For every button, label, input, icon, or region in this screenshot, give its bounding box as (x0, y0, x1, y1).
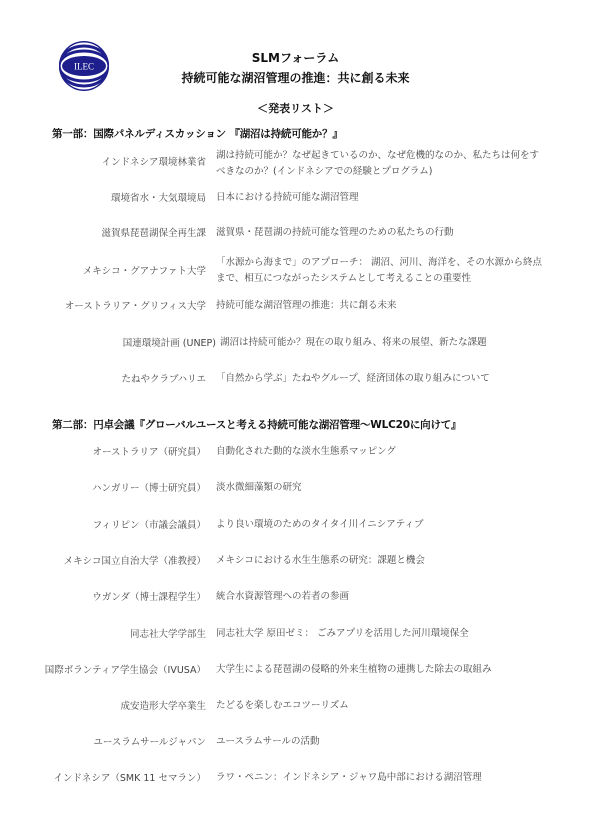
forum-title: SLMフォーラム (0, 49, 591, 66)
presenter-org: 滋賀県琵琶湖保全再生課 (101, 225, 206, 239)
presentation-topic: 滋賀県・琵琶湖の持続可能な管理のための私たちの行動 (216, 225, 546, 241)
forum-subtitle: 持続可能な湖沼管理の推進：共に創る未来 (0, 69, 591, 86)
presenter-org: インドネシア環境林業省 (102, 154, 206, 168)
presentation-topic: 日本における持続可能な湖沼管理 (216, 190, 546, 206)
part2-heading: 第二部：円卓会議『グローバルユースと考える持続可能な湖沼管理〜WLC20に向けて… (52, 417, 461, 432)
presentation-topic: 自動化された動的な淡水生態系マッピング (216, 444, 546, 460)
presenter-org: たねやクラブハリエ (121, 371, 206, 385)
presentation-topic: 湖は持続可能か？なぜ起きているのか、なぜ危機的なのか、私たちは何をすべきなのか？… (216, 148, 546, 180)
presentation-topic: 持続可能な湖沼管理の推進：共に創る未来 (216, 298, 546, 314)
presenter-org: 成安造形大学卒業生 (120, 698, 206, 712)
presentation-topic: より良い環境のためのタイタイ川イニシアティブ (216, 517, 546, 533)
presentation-topic: 同志社大学 原田ゼミ： ごみアプリを活用した河川環境保全 (216, 626, 546, 642)
presentation-topic: 統合水資源管理への若者の参画 (216, 589, 546, 605)
presenter-org: メキシコ・グアナファト大学 (83, 263, 206, 277)
presentation-topic: たどるを楽しむエコツーリズム (216, 698, 546, 714)
presenter-org: 同志社大学学部生 (130, 626, 206, 640)
presenter-org: ウガンダ（博士課程学生） (92, 589, 206, 603)
presentation-topic: 大学生による琵琶湖の侵略的外来生植物の連携した除去の取組み (216, 662, 546, 678)
presentation-topic: 淡水微細藻類の研究 (216, 480, 546, 496)
presenter-org: ユースラムサールジャパン (93, 734, 206, 748)
presenter-org: 国際ボランティア学生協会（IVUSA） (45, 662, 206, 676)
presentation-topic: メキシコにおける水生生態系の研究：課題と機会 (216, 553, 546, 569)
presentation-topic: ラワ・ペニン：インドネシア・ジャワ島中部における湖沼管理 (216, 770, 546, 786)
presenter-org: 国連環境計画 (UNEP) (123, 335, 216, 349)
list-heading: ＜発表リスト＞ (0, 100, 591, 116)
part1-heading: 第一部：国際パネルディスカッション 『湖沼は持続可能か？』 (52, 126, 343, 141)
presentation-topic: ユースラムサールの活動 (216, 734, 546, 750)
presentation-topic: 「自然から学ぶ」たねやグループ、経済団体の取り組みについて (216, 371, 546, 387)
presenter-org: メキシコ国立自治大学（准教授） (64, 553, 206, 567)
presenter-org: ハンガリー（博士研究員） (92, 480, 206, 494)
presenter-org: オーストラリア（研究員） (92, 444, 206, 458)
presenter-org: フィリピン（市議会議員） (93, 517, 206, 531)
presenter-org: 環境省水・大気環境局 (111, 190, 206, 204)
presenter-org: インドネシア（SMK 11 セマラン） (54, 770, 207, 784)
presentation-topic: 湖沼は持続可能か？現在の取り組み、将来の展望、新たな課題 (220, 335, 550, 351)
presentation-topic: 「水源から海まで」のアプローチ： 湖沼、河川、海洋を、その水源から終点まで、相互… (216, 255, 546, 287)
presenter-org: オーストラリア・グリフィス大学 (65, 298, 206, 312)
